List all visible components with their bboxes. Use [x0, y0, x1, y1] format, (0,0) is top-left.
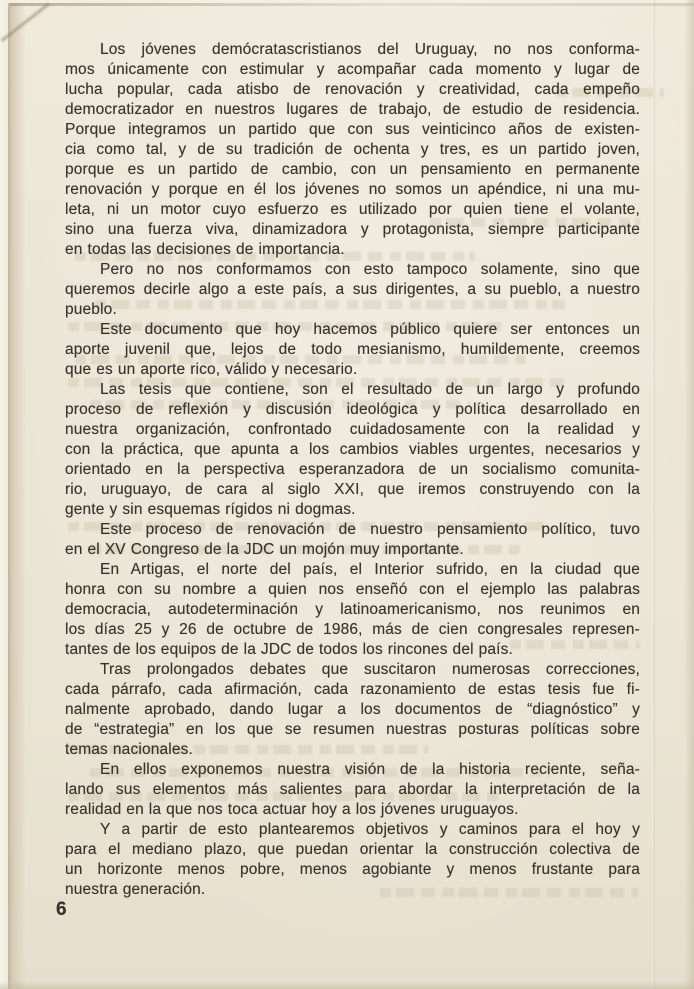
text-line: queremos decirle algo a este país, a sus… — [65, 280, 640, 300]
text-line: que es un aporte rico, válido y necesari… — [65, 360, 640, 380]
text-line: lando sus elementos más salientes para a… — [65, 780, 640, 800]
text-line: pueblo. — [65, 300, 640, 320]
text-line: en el XV Congreso de la JDC un mojón muy… — [65, 540, 640, 560]
paragraph: Este proceso de renovación de nuestro pe… — [65, 520, 640, 560]
document-text: Los jóvenes demócratascristianos del Uru… — [65, 40, 640, 900]
text-line: realidad en la que nos toca actuar hoy a… — [65, 800, 640, 820]
text-line: los días 25 y 26 de octubre de 1986, más… — [65, 620, 640, 640]
text-line: cia como tal, y de su tradición de ochen… — [65, 140, 640, 160]
text-line: sino una fuerza viva, dinamizadora y pro… — [65, 220, 640, 240]
text-line: nalmente aprobado, dando lugar a los doc… — [65, 700, 640, 720]
text-line: Pero no nos conformamos con esto tampoco… — [65, 260, 640, 280]
text-line: de “estrategia” en los que se resumen nu… — [65, 720, 640, 740]
text-line: temas nacionales. — [65, 740, 640, 760]
text-line: mos únicamente con estimular y acompañar… — [65, 60, 640, 80]
page-right-edge-shade — [684, 0, 694, 989]
page-left-edge — [0, 0, 8, 989]
text-line: tantes de los equipos de la JDC de todos… — [65, 640, 640, 660]
text-line: un horizonte menos pobre, menos agobiant… — [65, 860, 640, 880]
paragraph: En ellos exponemos nuestra visión de la … — [65, 760, 640, 820]
text-line: lucha popular, cada atisbo de renovación… — [65, 80, 640, 100]
text-line: En ellos exponemos nuestra visión de la … — [65, 760, 640, 780]
text-line: democratizador en nuestros lugares de tr… — [65, 100, 640, 120]
text-line: Este proceso de renovación de nuestro pe… — [65, 520, 640, 540]
paragraph: Pero no nos conformamos con esto tampoco… — [65, 260, 640, 320]
text-line: rio, uruguayo, de cara al siglo XXI, que… — [65, 480, 640, 500]
text-line: nuestra organización, confrontado cuidad… — [65, 420, 640, 440]
paragraph: Tras prolongados debates que suscitaron … — [65, 660, 640, 760]
text-line: Tras prolongados debates que suscitaron … — [65, 660, 640, 680]
text-line: orientado en la perspectiva esperanzador… — [65, 460, 640, 480]
text-line: para el mediano plazo, que puedan orient… — [65, 840, 640, 860]
text-line: En Artigas, el norte del país, el Interi… — [65, 560, 640, 580]
text-line: leta, ni un motor cuyo esfuerzo es utili… — [65, 200, 640, 220]
paragraph: En Artigas, el norte del país, el Interi… — [65, 560, 640, 660]
paragraph: Los jóvenes demócratascristianos del Uru… — [65, 40, 640, 260]
text-line: cada párrafo, cada afirmación, cada razo… — [65, 680, 640, 700]
text-line: proceso de reflexión y discusión ideológ… — [65, 400, 640, 420]
page-left-edge-fade — [12, 0, 26, 989]
scanned-book-page: Los jóvenes demócratascristianos del Uru… — [0, 0, 694, 989]
paragraph: Este documento que hoy hacemos público q… — [65, 320, 640, 380]
text-line: gente y sin esquemas rígidos ni dogmas. — [65, 500, 640, 520]
page-number: 6 — [56, 899, 67, 921]
text-line: honra con su nombre a quien nos enseñó c… — [65, 580, 640, 600]
page-top-edge-line — [10, 3, 694, 6]
page-bottom-edge-shade — [0, 981, 694, 989]
text-line: Los jóvenes demócratascristianos del Uru… — [65, 40, 640, 60]
paragraph: Las tesis que contiene, son el resultado… — [65, 380, 640, 520]
text-line: Las tesis que contiene, son el resultado… — [65, 380, 640, 400]
text-line: Porque integramos un partido que con sus… — [65, 120, 640, 140]
text-line: con la práctica, que apunta a los cambio… — [65, 440, 640, 460]
text-line: porque es un partido de cambio, con un p… — [65, 160, 640, 180]
paragraph: Y a partir de esto plantearemos objetivo… — [65, 820, 640, 900]
text-line: nuestra generación. — [65, 880, 640, 900]
page-fold-line — [652, 0, 655, 989]
text-line: Este documento que hoy hacemos público q… — [65, 320, 640, 340]
text-line: aporte juvenil que, lejos de todo mesian… — [65, 340, 640, 360]
text-line: renovación y porque en él los jóvenes no… — [65, 180, 640, 200]
text-line: Y a partir de esto plantearemos objetivo… — [65, 820, 640, 840]
text-line: en todas las decisiones de importancia. — [65, 240, 640, 260]
text-line: democracia, autodeterminación y latinoam… — [65, 600, 640, 620]
